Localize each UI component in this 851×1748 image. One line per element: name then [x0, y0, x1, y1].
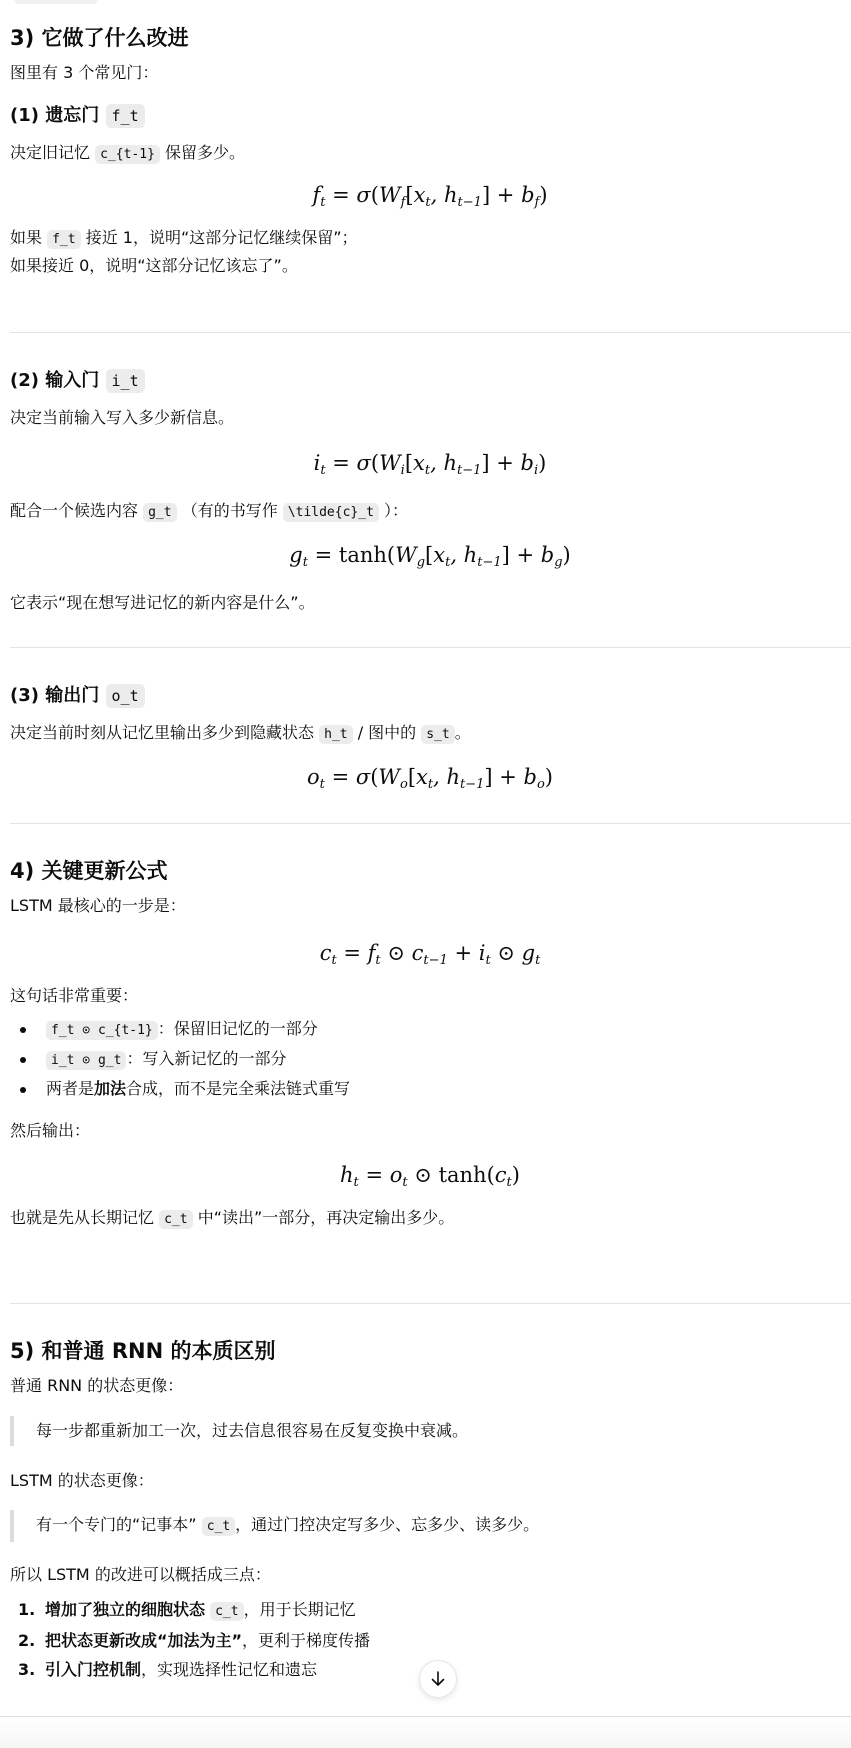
forget-gate-heading: (1) 遗忘门 f_t: [10, 103, 145, 129]
read-explain: 也就是先从长期记忆 c_t 中“读出”一部分，再决定输出多少。: [10, 1205, 454, 1233]
composer-area-edge: [0, 1716, 851, 1748]
section-heading-3: 3) 它做了什么改进: [10, 24, 189, 52]
input-gate-formula: it = σ(Wi[xt, ht−1] + bi): [10, 448, 850, 478]
candidate-formula: gt = tanh(Wg[xt, ht−1] + bg): [10, 540, 850, 570]
inline-code: s_t: [421, 725, 454, 744]
list-item: 两者是加法合成，而不是完全乘法链式重写: [10, 1075, 350, 1103]
section-heading-5: 5) 和普通 RNN 的本质区别: [10, 1337, 275, 1365]
output-gate-heading: (3) 输出门 o_t: [10, 683, 145, 709]
inline-code: i_t: [106, 369, 145, 393]
output-gate-formula: ot = σ(Wo[xt, ht−1] + bo): [10, 762, 850, 792]
divider: [10, 647, 851, 648]
rnn-blockquote: 每一步都重新加工一次，过去信息很容易在反复变换中衰减。: [10, 1416, 468, 1446]
list-item: 1.增加了独立的细胞状态 c_t，用于长期记忆: [10, 1595, 370, 1626]
divider: [10, 1303, 851, 1304]
scroll-to-bottom-button[interactable]: [419, 1660, 457, 1698]
list-item: 3.引入门控机制，实现选择性记忆和遗忘: [10, 1655, 370, 1684]
inline-code: \tilde{c}_t: [283, 503, 379, 522]
forget-gate-desc: 决定旧记忆 c_{t-1} 保留多少。: [10, 140, 245, 168]
summary-label: 所以 LSTM 的改进可以概括成三点：: [10, 1562, 271, 1588]
lstm-label: LSTM 的状态更像：: [10, 1468, 154, 1494]
input-gate-heading: (2) 输入门 i_t: [10, 368, 145, 394]
candidate-desc: 配合一个候选内容 g_t （有的书写作 \tilde{c}_t ）：: [10, 498, 408, 526]
inline-code: c_t: [210, 1602, 243, 1621]
lstm-blockquote: 有一个专门的“记事本” c_t，通过门控决定写多少、忘多少、读多少。: [10, 1510, 539, 1542]
then-output-label: 然后输出：: [10, 1118, 90, 1144]
inline-code: f_t: [106, 104, 145, 128]
output-gate-desc: 决定当前时刻从记忆里输出多少到隐藏状态 h_t / 图中的 s_t。: [10, 720, 471, 748]
list-item: i_t ⊙ g_t：写入新记忆的一部分: [10, 1045, 350, 1075]
forget-gate-explain-2: 如果接近 0，说明“这部分记忆该忘了”。: [10, 253, 298, 279]
rnn-label: 普通 RNN 的状态更像：: [10, 1373, 183, 1399]
important-note: 这句话非常重要：: [10, 983, 138, 1009]
forget-gate-formula: ft = σ(Wf[xt, ht−1] + bf): [10, 180, 850, 210]
forget-gate-explain-1: 如果 f_t 接近 1，说明“这部分记忆继续保留”；: [10, 225, 358, 253]
list-item: 2.把状态更新改成“加法为主”，更利于梯度传播: [10, 1626, 370, 1655]
inline-code: c_t: [202, 1517, 235, 1536]
divider: [10, 332, 851, 333]
inline-code: g_t: [143, 503, 176, 522]
key-points-list: f_t ⊙ c_{t-1}：保留旧记忆的一部分 i_t ⊙ g_t：写入新记忆的…: [10, 1015, 350, 1103]
inline-code: o_t: [106, 684, 145, 708]
inline-code: f_t: [47, 230, 80, 249]
inline-code: h_t: [319, 725, 352, 744]
list-item: f_t ⊙ c_{t-1}：保留旧记忆的一部分: [10, 1015, 350, 1045]
divider: [10, 823, 851, 824]
inline-code: c_t: [159, 1210, 192, 1229]
improvements-list: 1.增加了独立的细胞状态 c_t，用于长期记忆 2.把状态更新改成“加法为主”，…: [10, 1595, 370, 1684]
inline-code: c_{t-1}: [95, 145, 160, 164]
input-gate-desc: 决定当前输入写入多少新信息。: [10, 405, 234, 431]
cell-update-formula: ct = ft ⊙ ct−1 + it ⊙ gt: [10, 938, 850, 968]
arrow-down-icon: [429, 1670, 447, 1688]
candidate-meaning: 它表示“现在想写进记忆的新内容是什么”。: [10, 590, 315, 616]
inline-code: f_t ⊙ c_{t-1}: [46, 1021, 158, 1040]
section-4-intro: LSTM 最核心的一步是：: [10, 893, 186, 919]
hidden-output-formula: ht = ot ⊙ tanh(ct): [10, 1160, 850, 1190]
inline-code: i_t ⊙ g_t: [46, 1051, 126, 1070]
section-heading-4: 4) 关键更新公式: [10, 857, 168, 885]
previous-code-block-edge: [14, 0, 98, 4]
section-3-intro: 图里有 3 个常见门：: [10, 60, 158, 86]
